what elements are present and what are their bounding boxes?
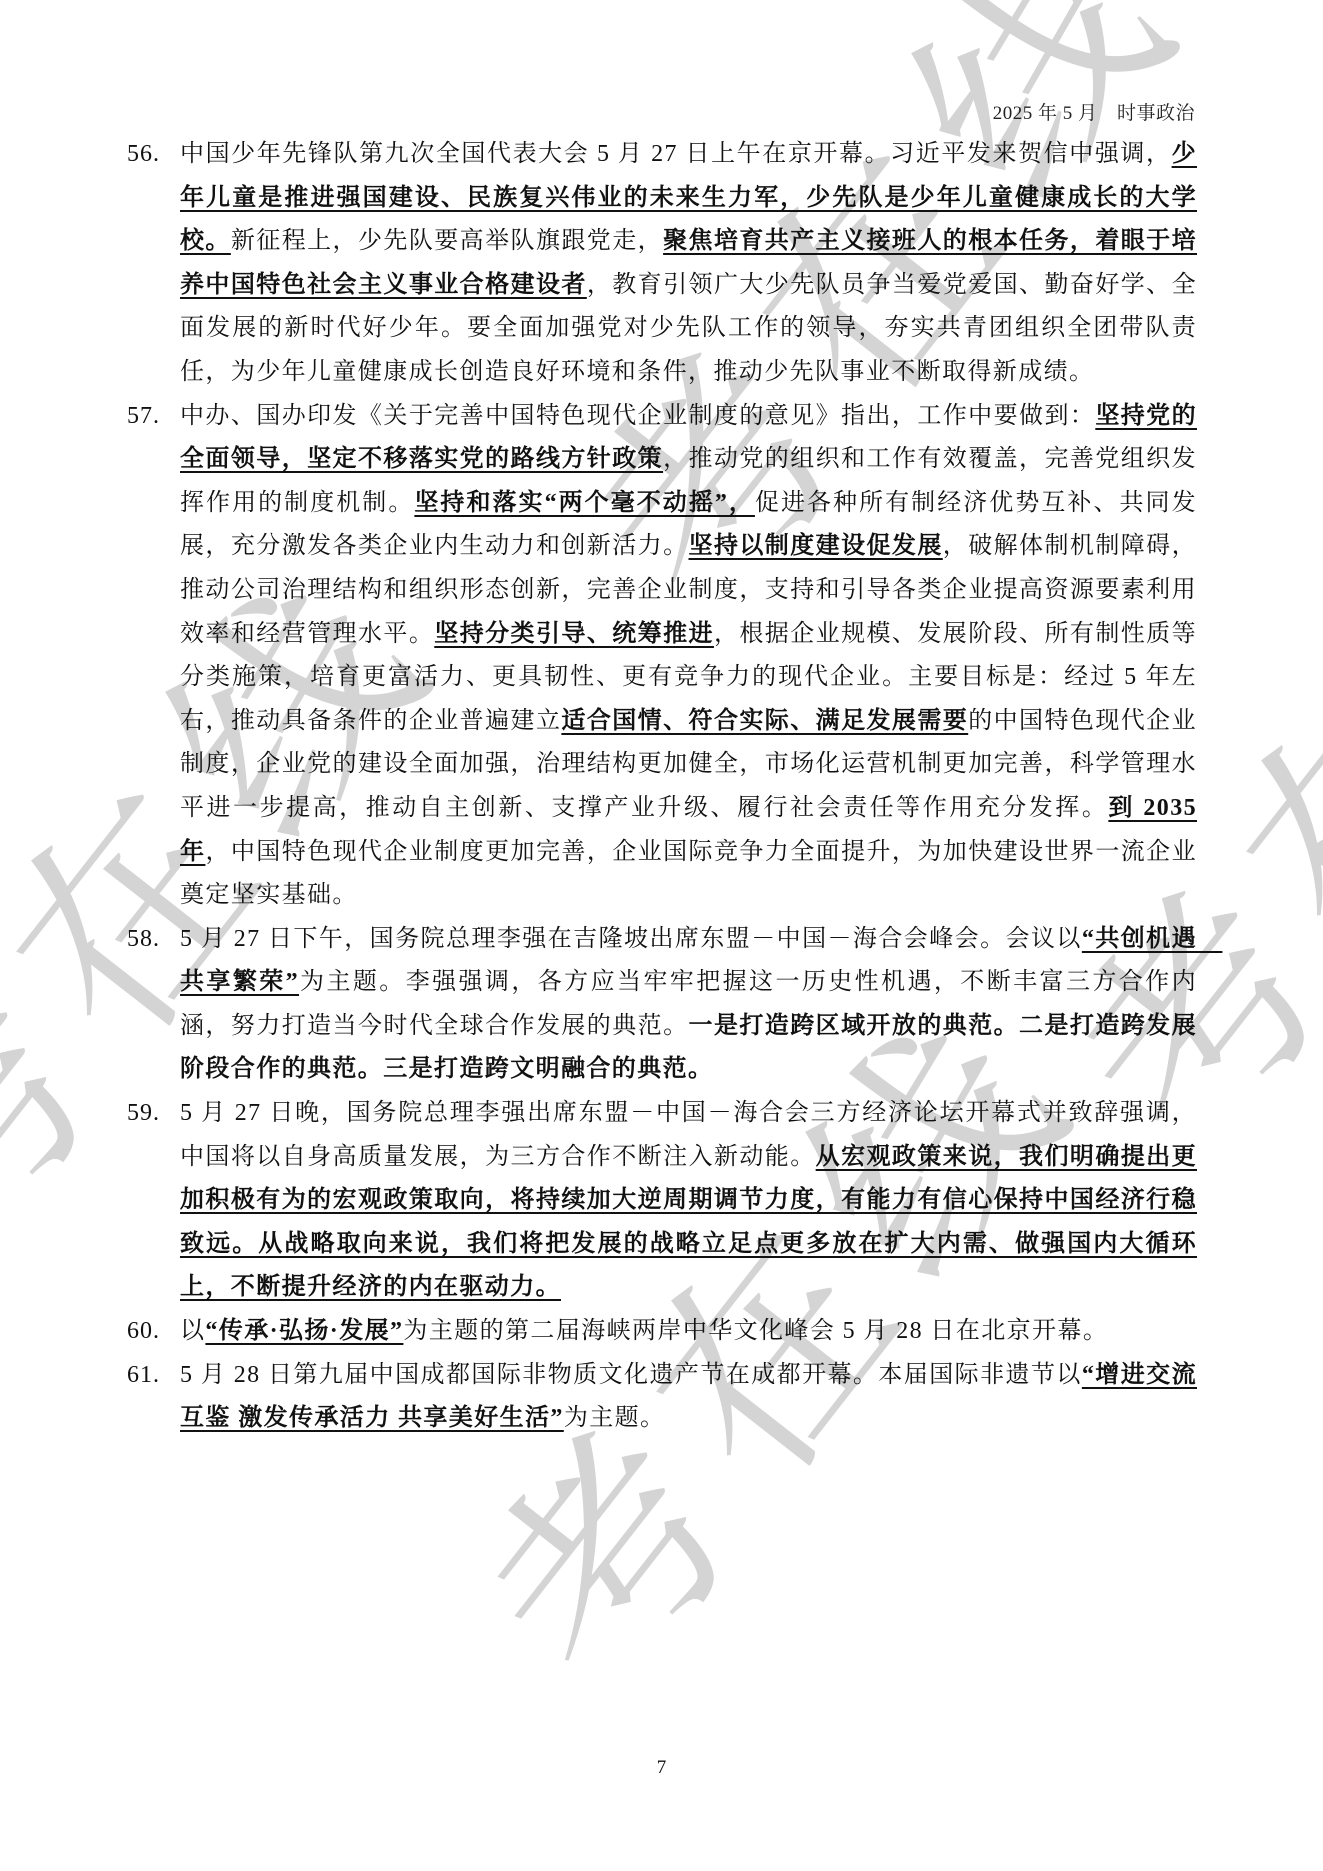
text-segment: 为主题的第二届海峡两岸中华文化峰会 5 月 28 日在北京开幕。 [403, 1318, 1108, 1344]
item-number: 60. [127, 1310, 180, 1354]
list-item: 61.5 月 28 日第九届中国成都国际非物质文化遗产节在成都开幕。本届国际非遗… [127, 1354, 1197, 1441]
text-segment: ，中国特色现代企业制度更加完善，企业国际竞争力全面提升，为加快建设世界一流企业奠… [180, 839, 1197, 909]
item-number: 61. [127, 1354, 180, 1441]
highlighted-text: 坚持和落实“两个毫不动摇”， [414, 490, 755, 516]
highlighted-text: “传承·弘扬·发展” [205, 1318, 403, 1344]
list-item: 60.以“传承·弘扬·发展”为主题的第二届海峡两岸中华文化峰会 5 月 28 日… [127, 1310, 1197, 1354]
list-item: 56.中国少年先锋队第九次全国代表大会 5 月 27 日上午在京开幕。习近平发来… [127, 133, 1197, 395]
item-text: 中办、国办印发《关于完善中国特色现代企业制度的意见》指出，工作中要做到：坚持党的… [180, 395, 1197, 918]
item-number: 57. [127, 395, 180, 918]
text-segment: 为主题。 [564, 1405, 666, 1431]
text-segment: 中办、国办印发《关于完善中国特色现代企业制度的意见》指出，工作中要做到： [180, 403, 1095, 429]
item-text: 以“传承·弘扬·发展”为主题的第二届海峡两岸中华文化峰会 5 月 28 日在北京… [180, 1310, 1197, 1354]
item-text: 5 月 28 日第九届中国成都国际非物质文化遗产节在成都开幕。本届国际非遗节以“… [180, 1354, 1197, 1441]
list-item: 59.5 月 27 日晚，国务院总理李强出席东盟－中国－海合会三方经济论坛开幕式… [127, 1092, 1197, 1310]
text-segment: 5 月 28 日第九届中国成都国际非物质文化遗产节在成都开幕。本届国际非遗节以 [180, 1362, 1082, 1388]
text-segment: 以 [180, 1318, 205, 1344]
item-number: 59. [127, 1092, 180, 1310]
page-number: 7 [0, 1757, 1323, 1779]
highlighted-text: 适合国情、符合实际、满足发展需要 [561, 708, 968, 734]
item-number: 56. [127, 133, 180, 395]
highlighted-text: 坚持分类引导、统筹推进 [434, 621, 714, 647]
page-header: 2025 年 5 月 时事政治 [993, 98, 1195, 125]
list-item: 57.中办、国办印发《关于完善中国特色现代企业制度的意见》指出，工作中要做到：坚… [127, 395, 1197, 918]
item-text: 5 月 27 日晚，国务院总理李强出席东盟－中国－海合会三方经济论坛开幕式并致辞… [180, 1092, 1197, 1310]
text-segment: 新征程上，少先队要高举队旗跟党走， [231, 228, 663, 254]
item-text: 5 月 27 日下午，国务院总理李强在吉隆坡出席东盟－中国－海合会峰会。会议以“… [180, 918, 1197, 1092]
item-number: 58. [127, 918, 180, 1092]
item-text: 中国少年先锋队第九次全国代表大会 5 月 27 日上午在京开幕。习近平发来贺信中… [180, 133, 1197, 395]
list-item: 58.5 月 27 日下午，国务院总理李强在吉隆坡出席东盟－中国－海合会峰会。会… [127, 918, 1197, 1092]
document-body: 56.中国少年先锋队第九次全国代表大会 5 月 27 日上午在京开幕。习近平发来… [127, 133, 1197, 1441]
text-segment: 中国少年先锋队第九次全国代表大会 5 月 27 日上午在京开幕。习近平发来贺信中… [180, 141, 1172, 167]
text-segment: 5 月 27 日下午，国务院总理李强在吉隆坡出席东盟－中国－海合会峰会。会议以 [180, 926, 1082, 952]
highlighted-text: 坚持以制度建设促发展 [689, 533, 943, 559]
